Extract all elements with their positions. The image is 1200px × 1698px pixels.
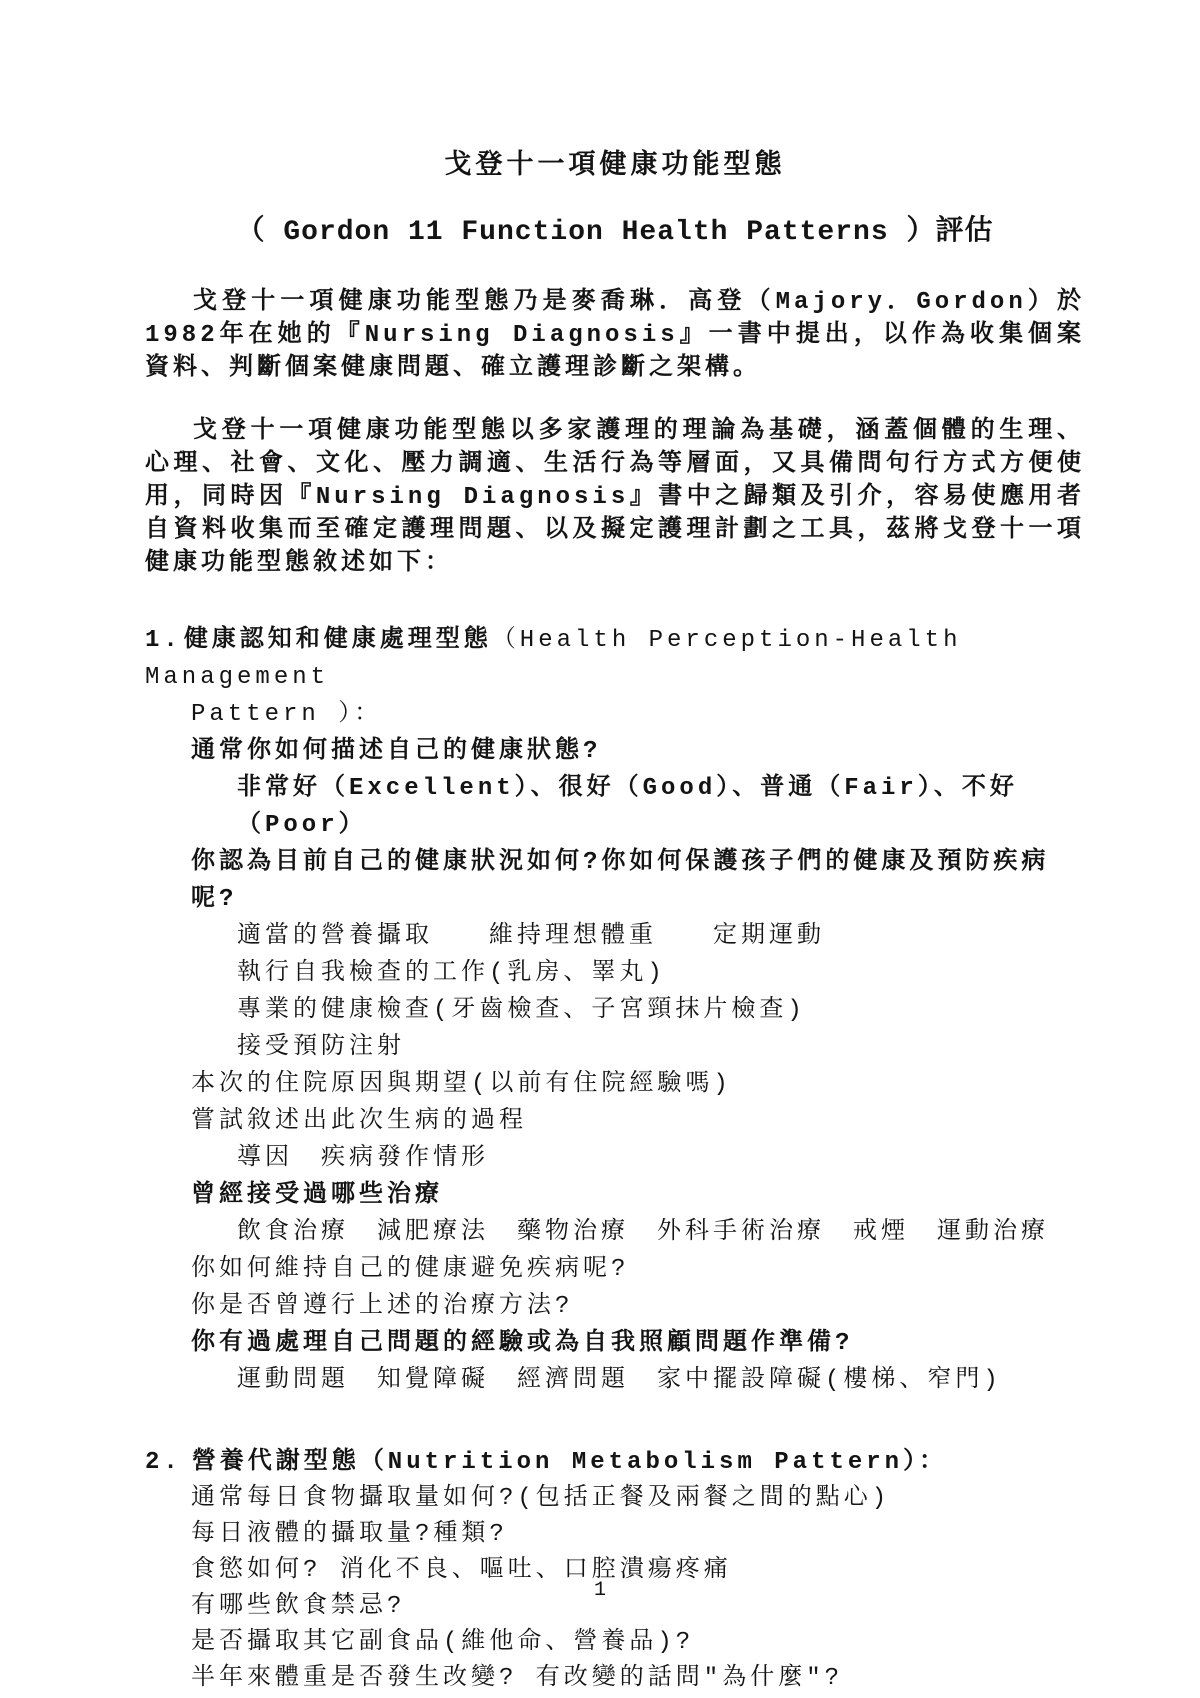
document-page: 戈登十一項健康功能型態 （ Gordon 11 Function Health … [0, 0, 1200, 1698]
section-1-heading: 1.健康認知和健康處理型態（Health Perception-Health M… [145, 622, 1085, 696]
question-line: 半年來體重是否發生改變? 有改變的話問"為什麼"? [145, 1661, 1085, 1697]
option-line: 專業的健康檢查(牙齒檢查、子宮頸抹片檢查) [145, 992, 1085, 1029]
page-number: 1 [0, 1579, 1200, 1602]
section-1-heading-continuation: Pattern ）： [145, 696, 1085, 733]
question-line: 你認為目前自己的健康狀況如何?你如何保護孩子們的健康及預防疾病呢? [145, 844, 1085, 918]
option-line: 導因 疾病發作情形 [145, 1140, 1085, 1177]
option-line: 運動問題 知覺障礙 經濟問題 家中擺設障礙(樓梯、窄門) [145, 1362, 1085, 1399]
section-2-heading: 2.營養代謝型態（Nutrition Metabolism Pattern）： [145, 1445, 1085, 1481]
section-2-number: 2. [145, 1449, 182, 1476]
question-line: 每日液體的攝取量?種類? [145, 1517, 1085, 1553]
intro-paragraph-1: 戈登十一項健康功能型態乃是麥喬琳．高登（Majory．Gordon）於1982年… [145, 286, 1085, 385]
option-line: 接受預防注射 [145, 1029, 1085, 1066]
section-1: 1.健康認知和健康處理型態（Health Perception-Health M… [145, 622, 1085, 1399]
question-line: 曾經接受過哪些治療 [145, 1177, 1085, 1214]
option-line: 非常好（Excellent）、很好（Good）、普通（Fair）、不好（Poor… [145, 770, 1085, 844]
question-line: 本次的住院原因與期望(以前有住院經驗嗎) [145, 1066, 1085, 1103]
option-line: 飲食治療 減肥療法 藥物治療 外科手術治療 戒煙 運動治療 [145, 1214, 1085, 1251]
intro-paragraph-2: 戈登十一項健康功能型態以多家護理的理論為基礎，涵蓋個體的生理、心理、社會、文化、… [145, 415, 1085, 580]
option-line: 適當的營養攝取 維持理想體重 定期運動 [145, 918, 1085, 955]
section-2-title-zh: 營養代謝型態 [192, 1449, 360, 1476]
section-2: 2.營養代謝型態（Nutrition Metabolism Pattern）： … [145, 1445, 1085, 1697]
question-line: 你有過處理自己問題的經驗或為自我照顧問題作準備? [145, 1325, 1085, 1362]
section-2-title-en: （Nutrition Metabolism Pattern）： [360, 1449, 947, 1476]
question-line: 嘗試敘述出此次生病的過程 [145, 1103, 1085, 1140]
question-line: 通常你如何描述自己的健康狀態? [145, 733, 1085, 770]
question-line: 你如何維持自己的健康避免疾病呢? [145, 1251, 1085, 1288]
page-title: 戈登十一項健康功能型態 [145, 142, 1085, 182]
option-line: 執行自我檢查的工作(乳房、睪丸) [145, 955, 1085, 992]
question-line: 是否攝取其它副食品(維他命、營養品)? [145, 1625, 1085, 1661]
question-line: 通常每日食物攝取量如何?(包括正餐及兩餐之間的點心) [145, 1481, 1085, 1517]
page-subtitle: （ Gordon 11 Function Health Patterns ）評估 [145, 208, 1085, 248]
section-1-title-zh: 健康認知和健康處理型態 [184, 627, 492, 654]
section-1-number: 1. [145, 627, 182, 654]
question-line: 你是否曾遵行上述的治療方法? [145, 1288, 1085, 1325]
